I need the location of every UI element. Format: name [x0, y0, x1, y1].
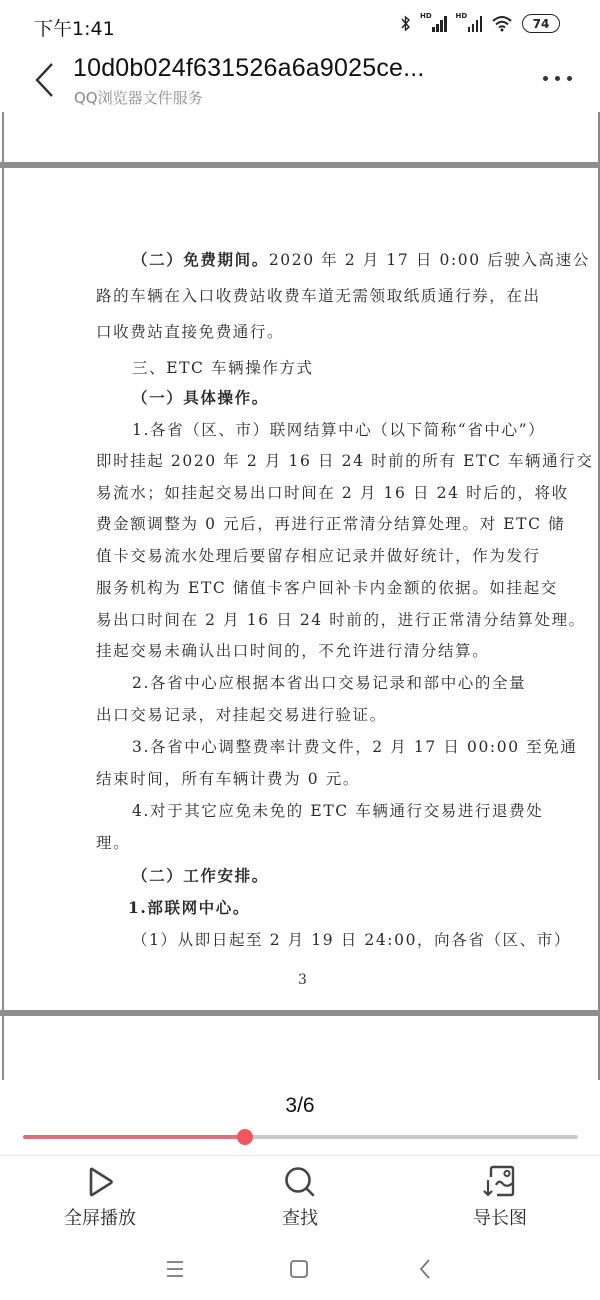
doc-line: 易出口时间在 2 月 16 日 24 时前的，进行正常清分结算处理。: [96, 608, 512, 630]
page-navigator: 3/6: [0, 1080, 600, 1155]
fullscreen-play-button[interactable]: 全屏播放: [0, 1156, 200, 1240]
current-page: （二）免费期间。2020 年 2 月 17 日 0:00 后驶入高速公 路的车辆…: [2, 168, 600, 1010]
previous-page: [2, 112, 600, 162]
doc-line: 结束时间，所有车辆计费为 0 元。: [96, 767, 512, 789]
file-title: 10d0b024f631526a6a9025ce...: [73, 54, 425, 83]
doc-subheading: （一）具体操作。: [132, 386, 512, 408]
doc-subheading: 1.部联网中心。: [128, 896, 508, 918]
doc-line: 4.对于其它应免未免的 ETC 车辆通行交易进行退费处: [132, 799, 512, 821]
signal-hd-2-icon: HD: [456, 16, 483, 32]
doc-line: （二）免费期间。2020 年 2 月 17 日 0:00 后驶入高速公: [132, 248, 512, 270]
back-icon: [410, 1254, 440, 1284]
dot-icon: [555, 76, 560, 81]
battery-indicator: 74: [522, 14, 560, 33]
system-navigation-bar: [0, 1240, 600, 1300]
doc-line: 值卡交易流水处理后要留存相应记录并做好统计，作为发行: [96, 544, 512, 566]
page-slider-thumb[interactable]: [237, 1129, 253, 1145]
find-button[interactable]: 查找: [200, 1156, 400, 1240]
page-slider-progress: [23, 1135, 245, 1139]
signal-hd-1-icon: HD: [420, 16, 447, 32]
doc-line: 服务机构为 ETC 储值卡客户回补卡内金额的依据。如挂起交: [96, 576, 512, 598]
doc-line: 2.各省中心应根据本省出口交易记录和部中心的全量: [132, 671, 512, 693]
doc-line: 出口交易记录，对挂起交易进行验证。: [96, 703, 512, 725]
export-long-image-button[interactable]: 导长图: [400, 1156, 600, 1240]
doc-line: 即时挂起 2020 年 2 月 16 日 24 时前的所有 ETC 车辆通行交: [96, 449, 512, 471]
doc-line: 易流水；如挂起交易出口时间在 2 月 16 日 24 时后的，将收: [96, 481, 512, 503]
doc-line: 费金额调整为 0 元后，再进行正常清分结算处理。对 ETC 储: [96, 512, 512, 534]
doc-heading: 三、ETC 车辆操作方式: [132, 356, 512, 378]
export-long-image-label: 导长图: [473, 1204, 527, 1230]
export-long-image-icon: [483, 1165, 517, 1199]
doc-line: 3.各省中心调整费率计费文件，2 月 17 日 00:00 至免通: [132, 735, 512, 757]
doc-line: 1.各省（区、市）联网结算中心（以下简称“省中心”）: [132, 418, 512, 440]
home-button[interactable]: [284, 1254, 314, 1284]
dot-icon: [543, 76, 548, 81]
play-icon: [83, 1165, 117, 1199]
doc-subheading: （二）工作安排。: [132, 864, 512, 886]
recent-apps-button[interactable]: [160, 1254, 190, 1284]
doc-line: 理。: [96, 831, 512, 853]
page-count: 3/6: [0, 1094, 600, 1118]
bottom-toolbar: 全屏播放 查找 导长图: [0, 1155, 600, 1241]
doc-line: 口收费站直接免费通行。: [96, 320, 512, 342]
document-viewer[interactable]: （二）免费期间。2020 年 2 月 17 日 0:00 后驶入高速公 路的车辆…: [0, 112, 600, 1080]
system-back-button[interactable]: [410, 1254, 440, 1284]
page-slider[interactable]: [23, 1135, 578, 1139]
next-page: [2, 1016, 600, 1080]
back-button[interactable]: [30, 60, 60, 100]
dot-icon: [567, 76, 572, 81]
chevron-left-icon: [30, 60, 60, 100]
app-header: 10d0b024f631526a6a9025ce... QQ浏览器文件服务: [0, 50, 600, 113]
status-icons: HD HD 74: [401, 14, 560, 33]
bluetooth-icon: [401, 15, 411, 32]
find-label: 查找: [282, 1204, 318, 1230]
home-icon: [284, 1254, 314, 1284]
menu-icon: [160, 1254, 190, 1284]
doc-line: 路的车辆在入口收费站收费车道无需领取纸质通行券，在出: [96, 284, 512, 306]
file-source: QQ浏览器文件服务: [74, 87, 203, 108]
fullscreen-play-label: 全屏播放: [64, 1204, 136, 1230]
more-menu-button[interactable]: [543, 76, 572, 81]
wifi-icon: [491, 15, 513, 32]
doc-line: （1）从即日起至 2 月 19 日 24:00，向各省（区、市）: [132, 928, 512, 950]
page-number: 3: [298, 972, 307, 988]
search-icon: [283, 1165, 317, 1199]
status-time: 下午1:41: [34, 14, 115, 41]
status-bar: 下午1:41 HD HD 74: [0, 0, 600, 50]
doc-line: 挂起交易未确认出口时间的，不允许进行清分结算。: [96, 639, 512, 661]
